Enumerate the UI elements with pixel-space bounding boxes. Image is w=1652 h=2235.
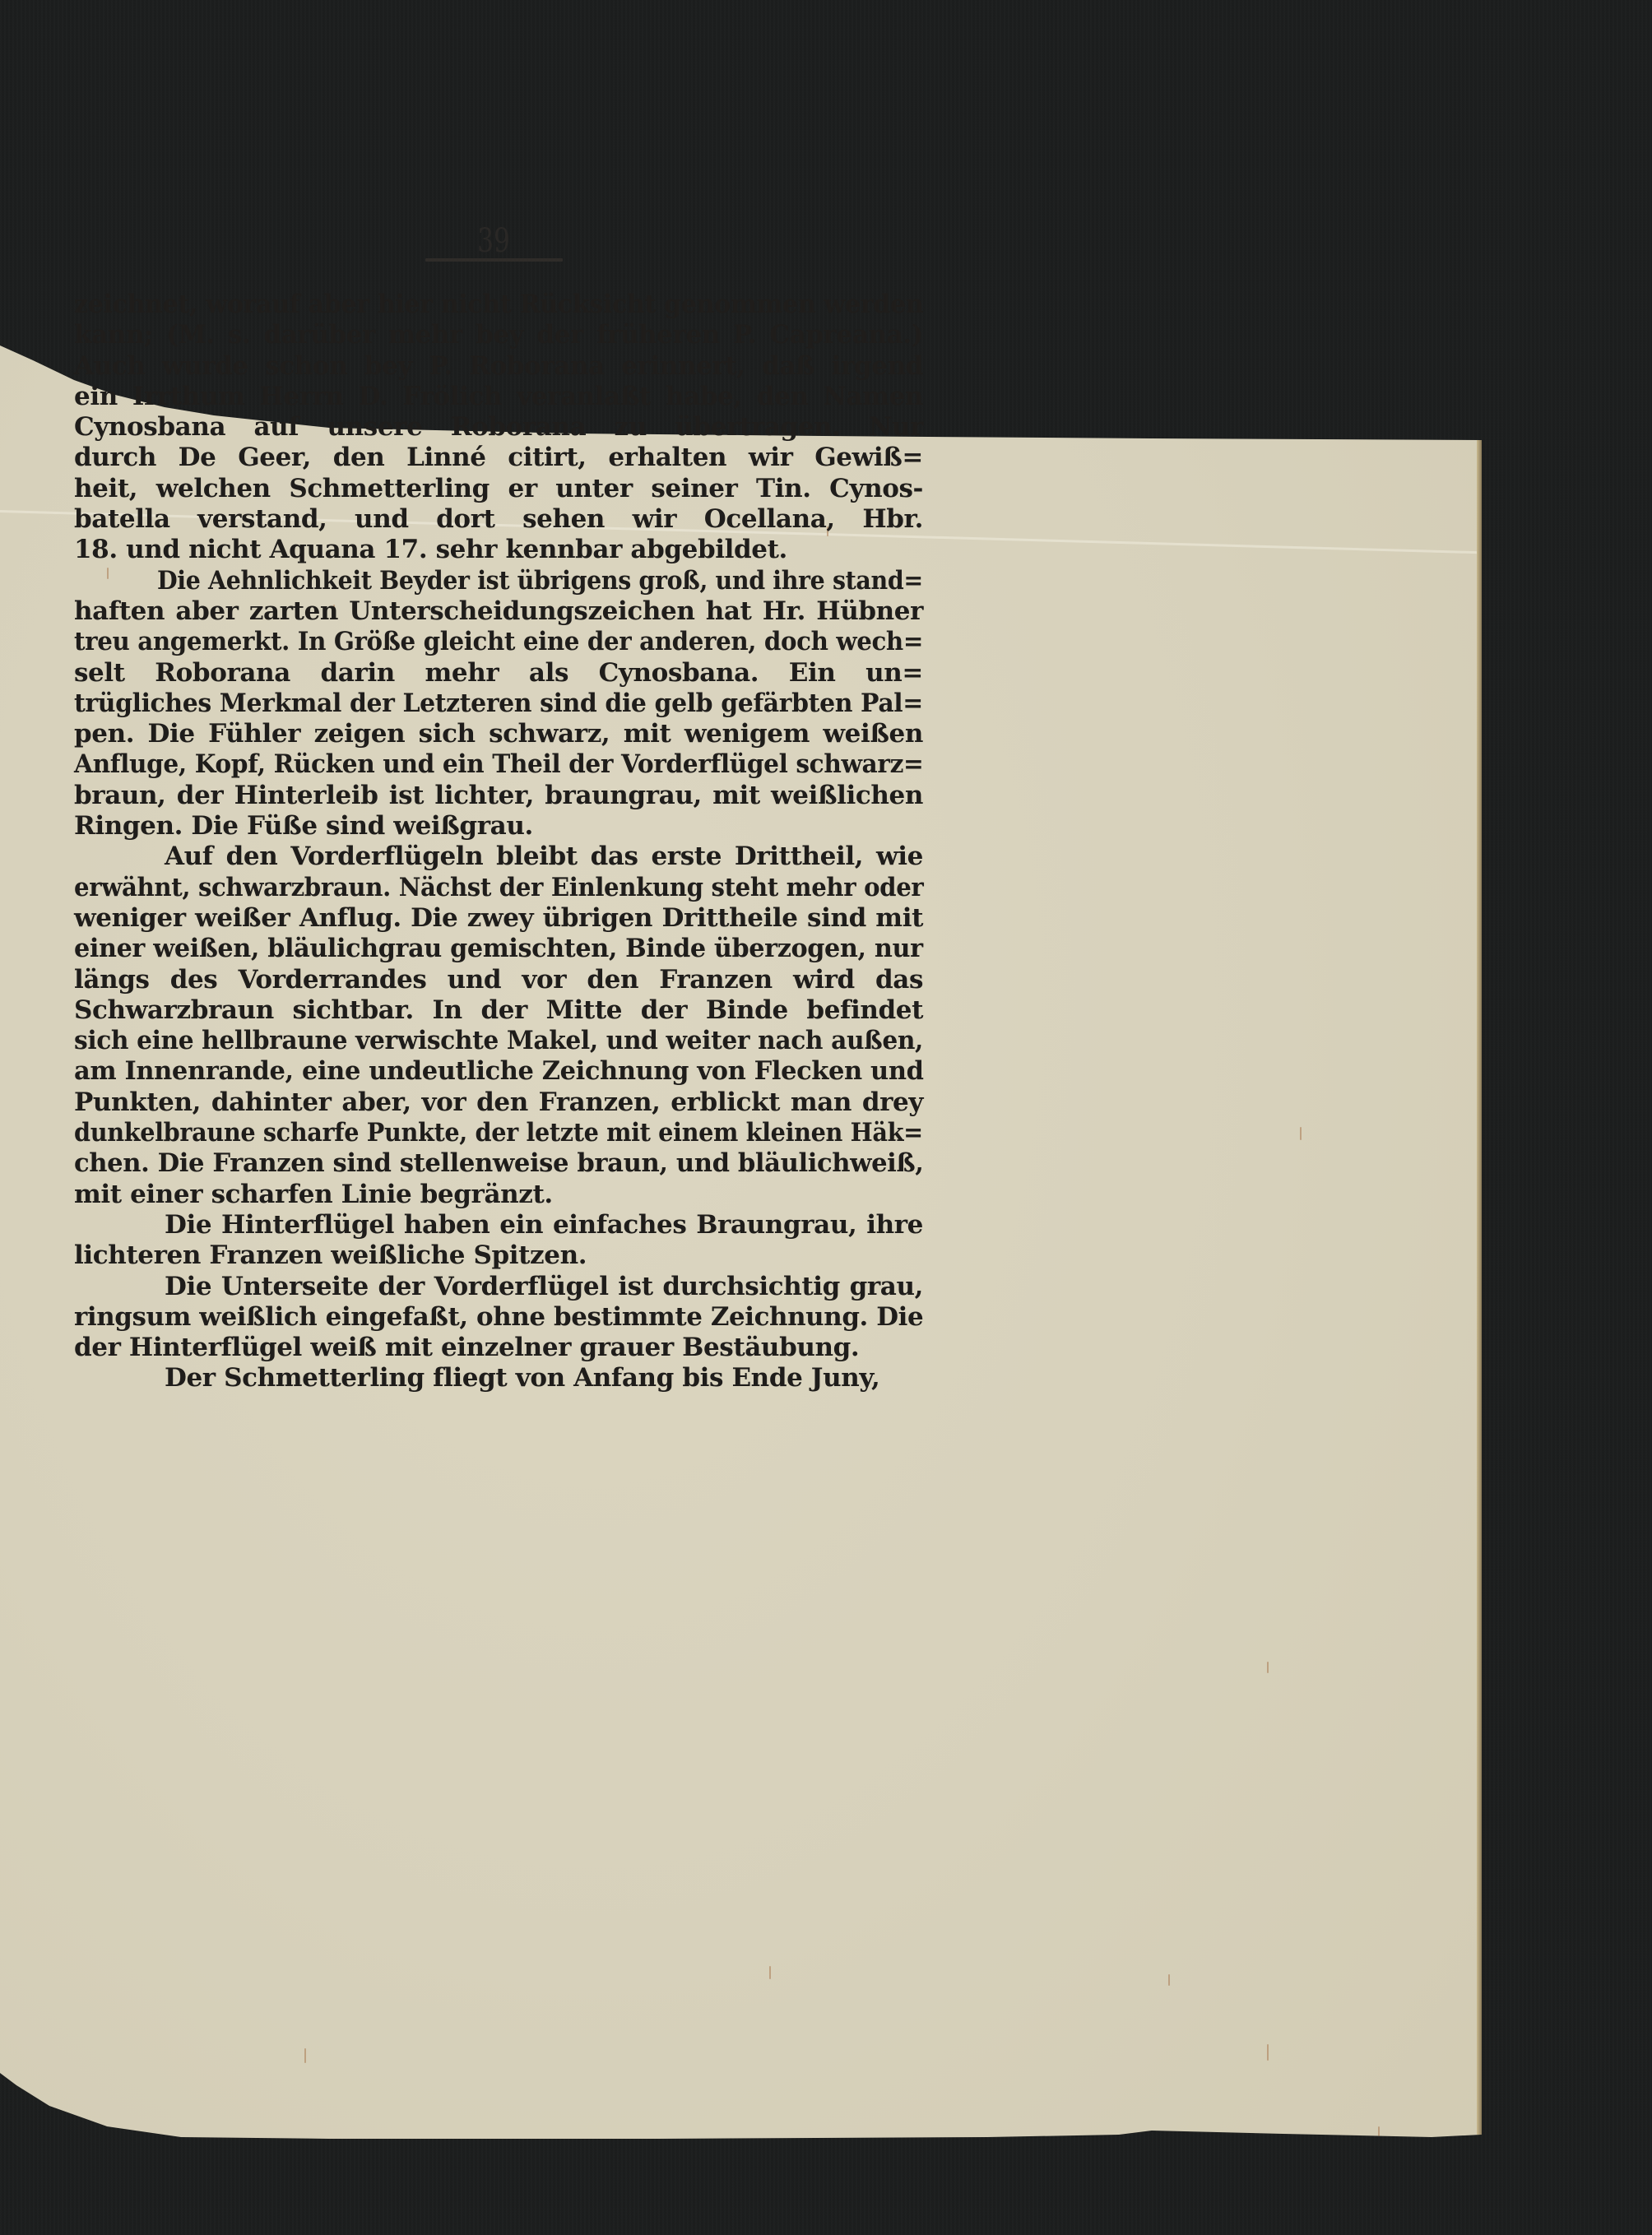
text-line: 18. und nicht Aquana 17. sehr kennbar ab… [74,535,923,565]
text-line: Anfluge, Kopf, Rücken und ein Theil der … [74,749,923,780]
paragraph: zeichnet, worauf aber hier nicht Rücksic… [74,290,923,566]
body-text: zeichnet, worauf aber hier nicht Rücksic… [74,290,923,1394]
text-line: Die Unterseite der Vorderflügel ist durc… [74,1272,923,1302]
page-edge [1477,440,1482,2135]
text-line: Schwarzbraun sichtbar. In der Mitte der … [74,995,923,1026]
paragraph: Die Aehnlichkeit Beyder ist übrigens gro… [74,566,923,842]
paper-fibre [769,1966,771,1979]
text-line: treu angemerkt. In Größe gleicht eine de… [74,627,923,657]
text-line: einer weißen, bläulichgrau gemischten, B… [74,934,923,964]
paragraph: Die Unterseite der Vorderflügel ist durc… [74,1272,923,1364]
page-number-rule [425,258,563,262]
text-line: Die Hinterflügel haben ein einfaches Bra… [74,1210,923,1240]
paragraph: Die Hinterflügel haben ein einfaches Bra… [74,1210,923,1272]
text-line: am Innenrande, eine undeutliche Zeichnun… [74,1056,923,1087]
text-line: Der Schmetterling fliegt von Anfang bis … [74,1363,923,1393]
text-line: Die Aehnlichkeit Beyder ist übrigens gro… [74,566,923,596]
paragraph: Auf den Vorderflügeln bleibt das erste D… [74,842,923,1210]
text-line: ringsum weißlich eingefaßt, ohne bestimm… [74,1302,923,1333]
paper-fibre [1267,1662,1269,1673]
text-line: Cynosbana auf unsere Roborana zu übertra… [74,412,923,443]
text-line: lichteren Franzen weißliche Spitzen. [74,1240,923,1271]
text-line: braun, der Hinterleib ist lichter, braun… [74,781,923,811]
text-line: durch De Geer, den Linné citirt, erhalte… [74,443,923,473]
text-line: dunkelbraune scharfe Punkte, der letzte … [74,1118,923,1148]
text-line: heit, welchen Schmetterling er unter sei… [74,474,923,504]
text-line: trügliches Merkmal der Letzteren sind di… [74,689,922,719]
text-line: Punkten, dahinter aber, vor den Franzen,… [74,1087,923,1118]
text-line: der Hinterflügel weiß mit einzelner grau… [74,1333,923,1363]
text-line: sich eine hellbraune verwischte Makel, u… [74,1026,923,1056]
paper-fibre [1267,2044,1269,2061]
paragraph: Der Schmetterling fliegt von Anfang bis … [74,1363,923,1393]
text-line: kann; (M. s. darüber mehr bey der früher… [74,320,923,350]
text-line: zeichnet, worauf aber hier nicht Rücksic… [74,290,923,320]
text-line: Auf den Vorderflügeln bleibt das erste D… [74,842,923,872]
text-line: Auch wurde schon bey P. Roborana erinner… [74,351,923,382]
text-line: erwähnt, schwarzbraun. Nächst der Einlen… [74,873,923,903]
text-line: längs des Vorderrandes und vor den Franz… [74,965,923,995]
text-line: chen. Die Franzen sind stellenweise brau… [74,1148,923,1179]
paper-fibre [1300,1127,1302,1140]
text-line: batella verstand, und dort sehen wir Oce… [74,504,923,535]
text-line: weniger weißer Anflug. Die zwey übrigen … [74,903,923,934]
page-number: 39 [475,222,513,260]
text-line: haften aber zarten Unterscheidungszeiche… [74,596,923,627]
paper-fibre [304,2048,306,2063]
text-line: pen. Die Fühler zeigen sich schwarz, mit… [74,719,923,749]
paper-fibre [1378,2126,1380,2136]
text-line: mit einer scharfen Linie begränzt. [74,1180,923,1210]
paper-fibre [1168,1974,1170,1986]
text-line: selt Roborana darin mehr als Cynosbana. … [74,658,923,689]
text-line: Ringen. Die Füße sind weißgrau. [74,811,923,842]
text-line: ein Irrthum Herrn D. Frölich veranlaßt h… [74,382,923,412]
